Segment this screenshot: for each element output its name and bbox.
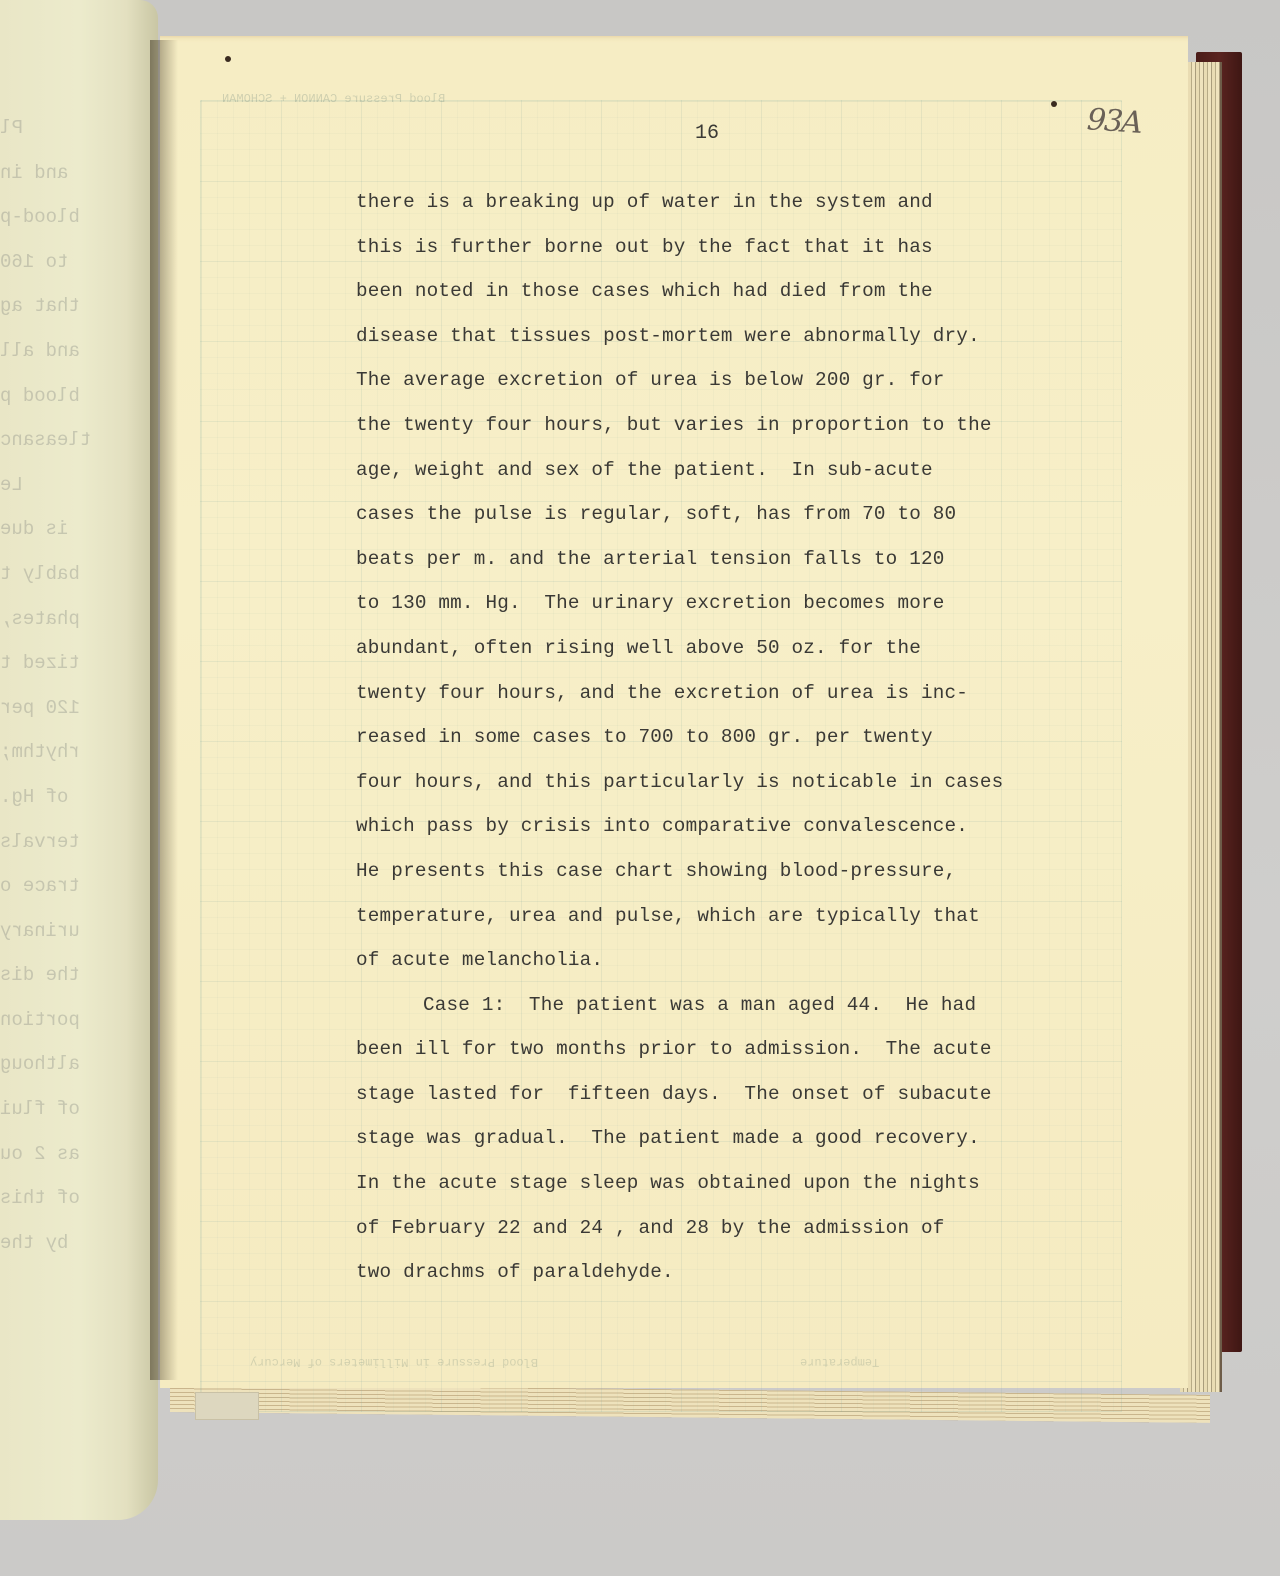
chart-header-bleedthrough: Blood Pressure CANNON + SCHOMAN	[222, 92, 445, 106]
text-line: which pass by crisis into comparative co…	[356, 808, 1116, 853]
facing-page-bleed-text: Pland inblood-pto 160that agand allblood…	[0, 106, 100, 1265]
text-line: there is a breaking up of water in the s…	[356, 184, 1116, 229]
bleed-text-line: blood-p	[0, 195, 100, 240]
punch-hole	[225, 56, 231, 62]
text-line: been noted in those cases which had died…	[356, 273, 1116, 318]
bleed-text-line: bably t	[0, 552, 100, 597]
text-line: In the acute stage sleep was obtained up…	[356, 1165, 1116, 1210]
text-line: beats per m. and the arterial tension fa…	[356, 541, 1116, 586]
bleed-text-line: tervals	[0, 820, 100, 865]
bleed-text-line: Pl	[0, 106, 100, 151]
text-line: temperature, urea and pulse, which are t…	[356, 898, 1116, 943]
typed-body-text: there is a breaking up of water in the s…	[356, 184, 1116, 1299]
text-line: He presents this case chart showing bloo…	[356, 853, 1116, 898]
handwritten-folio-number: 93A	[1086, 102, 1142, 141]
text-line: The average excretion of urea is below 2…	[356, 362, 1116, 407]
page-number: 16	[695, 122, 719, 145]
bleed-text-line: phates,	[0, 597, 100, 642]
text-line: two drachms of paraldehyde.	[356, 1254, 1116, 1299]
chart-caption-bleedthrough: Temperature	[800, 1355, 879, 1369]
bleed-text-line: rhythm;	[0, 730, 100, 775]
text-line: stage was gradual. The patient made a go…	[356, 1120, 1116, 1165]
bleed-text-line: as 2 ou	[0, 1132, 100, 1177]
bleed-text-line: of flui	[0, 1087, 100, 1132]
bleed-text-line: urinary	[0, 909, 100, 954]
bleed-text-line: by the	[0, 1221, 100, 1266]
text-line: twenty four hours, and the excretion of …	[356, 675, 1116, 720]
bleed-text-line: of this	[0, 1176, 100, 1221]
bleed-text-line: of Hg.	[0, 775, 100, 820]
bleed-text-line: 120 per	[0, 686, 100, 731]
bleed-text-line: trace o	[0, 864, 100, 909]
facing-page-curl: Pland inblood-pto 160that agand allblood…	[0, 0, 158, 1520]
bleed-text-line: althoug	[0, 1042, 100, 1087]
chart-caption-bleedthrough: Blood Pressure in Millimeters of Mercury	[250, 1355, 538, 1369]
text-line: of February 22 and 24 , and 28 by the ad…	[356, 1210, 1116, 1255]
bleed-text-line: tized t	[0, 641, 100, 686]
text-line: Case 1: The patient was a man aged 44. H…	[356, 987, 1116, 1032]
punch-hole	[1051, 101, 1057, 107]
text-line: reased in some cases to 700 to 800 gr. p…	[356, 719, 1116, 764]
bleed-text-line: tleasanc	[0, 418, 100, 463]
bleed-text-line: to 160	[0, 240, 100, 285]
text-line: age, weight and sex of the patient. In s…	[356, 452, 1116, 497]
bleed-text-line: is due	[0, 507, 100, 552]
bleed-text-line: and all	[0, 329, 100, 374]
bleed-text-line: and in	[0, 151, 100, 196]
text-line: cases the pulse is regular, soft, has fr…	[356, 496, 1116, 541]
text-line: this is further borne out by the fact th…	[356, 229, 1116, 274]
text-line: disease that tissues post-mortem were ab…	[356, 318, 1116, 363]
text-line: four hours, and this particularly is not…	[356, 764, 1116, 809]
gutter-shadow	[150, 40, 178, 1380]
bleed-text-line: Le	[0, 463, 100, 508]
text-line: stage lasted for fifteen days. The onset…	[356, 1076, 1116, 1121]
bleed-text-line: blood p	[0, 374, 100, 419]
text-line: the twenty four hours, but varies in pro…	[356, 407, 1116, 452]
text-line: been ill for two months prior to admissi…	[356, 1031, 1116, 1076]
bleed-text-line: portion	[0, 998, 100, 1043]
bleed-text-line: the dis	[0, 953, 100, 998]
text-line: abundant, often rising well above 50 oz.…	[356, 630, 1116, 675]
paper-tab-scrap	[195, 1392, 259, 1420]
text-line: of acute melancholia.	[356, 942, 1116, 987]
bleed-text-line: that ag	[0, 284, 100, 329]
text-line: to 130 mm. Hg. The urinary excretion bec…	[356, 585, 1116, 630]
